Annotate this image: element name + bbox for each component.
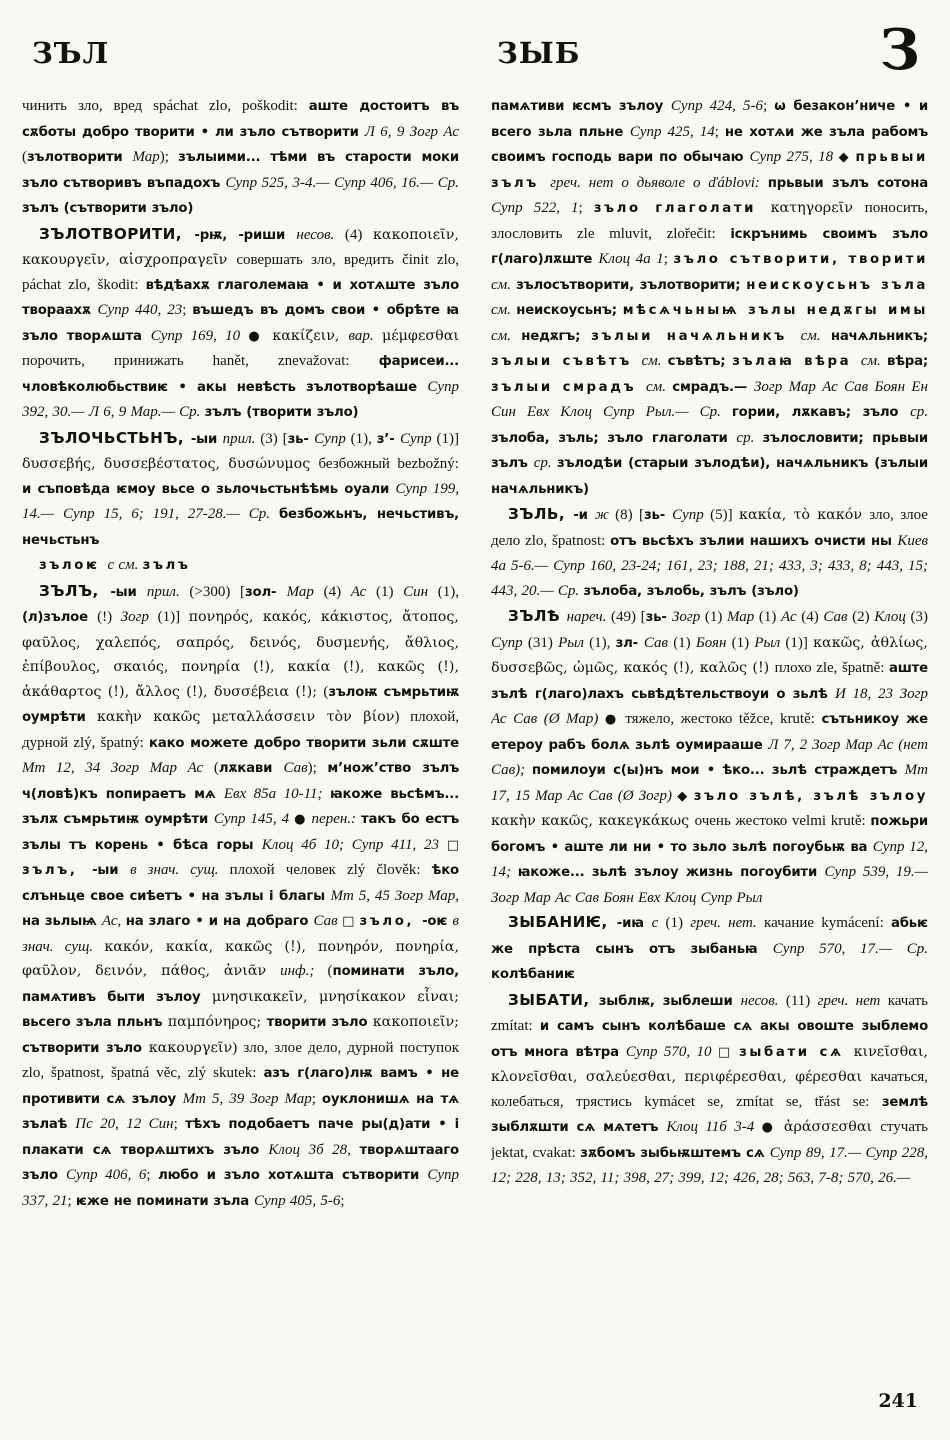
text-run: Ас (351, 584, 376, 600)
text-run: Сав (313, 913, 342, 929)
text-run: Зогр (672, 609, 705, 625)
text-run: Л 6, 9 Зогр Ас (365, 124, 459, 140)
text-run: (1), (589, 635, 615, 651)
text-run: ѥже не поминати зъла (76, 1194, 254, 1209)
text-run: (1) (376, 584, 403, 600)
text-run: Рыл (558, 635, 589, 651)
page-header: ЗЪЛ ЗЫБ З (0, 28, 950, 88)
text-run: памѧтиви ѥсмъ зълоу (491, 99, 671, 114)
text-run: , (117, 913, 125, 929)
text-run: -ыи (191, 432, 223, 447)
text-run: вьсего зъла пльнъ (22, 1015, 168, 1030)
text-run: прил. (223, 431, 261, 447)
text-run: Евх 85а 10-11; (224, 786, 330, 802)
text-run: плохой человек zlý člověk: (230, 862, 432, 878)
dictionary-paragraph: ЗЪЛОЧЬСТЬНЪ, -ыи прил. (3) [зь- Супр (1)… (22, 426, 459, 554)
text-run: с (652, 915, 666, 931)
text-run: ; (340, 1193, 344, 1209)
text-run: Зогр (121, 609, 158, 625)
text-run: Супр 405, 5-6 (254, 1193, 340, 1209)
text-run: зъло сътворити, творити (674, 252, 928, 267)
text-run: Клоц 4б 10; Супр 411, 23 (262, 837, 447, 853)
text-run: κακὴν κακῶς, κακεγκάκως (491, 813, 695, 829)
text-run: см. (646, 379, 672, 395)
text-run: (5)] (710, 507, 739, 523)
left-column: чинить зло, вред spáchat zlo, poškodit: … (22, 94, 459, 1394)
dictionary-paragraph: ЗЪЛѢ нареч. (49) [зь- Зогр (1) Мар (1) А… (491, 604, 928, 910)
text-run: Рыл (754, 635, 785, 651)
text-run: □ (447, 838, 459, 853)
text-run: (3) (911, 609, 929, 625)
text-run: κακίζειν, (272, 328, 348, 344)
text-run: (1)] (158, 609, 189, 625)
text-run: гории, лѫкавъ; зъло (732, 405, 910, 420)
text-run: зълодѣи (старыи зълодѣи), начѧльникъ (зъ… (491, 456, 928, 497)
text-run: Клоц 11б 3-4 (666, 1119, 761, 1135)
text-run: Сав (823, 609, 852, 625)
text-run: Супр 425, 14 (630, 124, 715, 140)
text-run: Супр (400, 431, 437, 447)
text-run: Супр (672, 507, 710, 523)
text-run: несов. (296, 227, 345, 243)
dictionary-paragraph: ЗЪЛОТВОРИТИ, -рѭ, -риши несов. (4) κακοπ… (22, 222, 459, 426)
text-run: неискоусьнъ; (516, 303, 623, 318)
text-run: см. (491, 328, 521, 344)
text-run: с см. (107, 557, 142, 573)
text-run: см. (801, 328, 831, 344)
text-run: зѫбомъ зыбьѭштемъ сѧ (580, 1146, 769, 1161)
text-run: ; (146, 1167, 158, 1183)
text-run: ЗЪЛѢ (508, 607, 567, 625)
text-run: Супр 440, 23 (97, 302, 182, 318)
text-run: зълоѥ (39, 558, 107, 573)
text-run: κακὴν κακῶς μεταλλάσσειν τὸν βίον (97, 709, 395, 725)
text-run: вѣра; (887, 354, 928, 369)
text-run: (!) (97, 609, 121, 625)
text-run: Клоц 3б 28 (268, 1142, 347, 1158)
text-run: зълоба, зълобь, зълъ (зъло) (583, 584, 798, 599)
text-run: ; (68, 1193, 76, 1209)
text-run: Супр (314, 431, 351, 447)
text-run: творити зъло (267, 1015, 373, 1030)
text-run: отъ вьсѣхъ зълии нашихъ очисти ны (610, 534, 897, 549)
text-run: ● (605, 712, 625, 727)
text-run: ; (664, 251, 674, 267)
text-run: Мар (132, 149, 159, 165)
section-letter: З (880, 22, 920, 78)
text-run: Супр 406, 6 (66, 1167, 146, 1183)
right-column: памѧтиви ѥсмъ зълоу Супр 424, 5-6; ѡ без… (491, 94, 928, 1394)
text-run: Супр (491, 635, 528, 651)
text-run: κατηγορεῖν (771, 200, 865, 216)
text-run: Пс 20, 12 Син (75, 1116, 173, 1132)
text-run: прил. (147, 584, 189, 600)
text-run: Мар (287, 584, 324, 600)
text-run: Ас (781, 609, 801, 625)
dictionary-paragraph: ЗЪЛЪ, -ыи прил. (>300) [зол- Мар (4) Ас … (22, 579, 459, 1215)
text-run: зълъ (143, 558, 191, 573)
text-run: греч. нет (818, 993, 888, 1009)
text-run: Мт 5, 39 Зогр Мар (183, 1091, 312, 1107)
text-run: перен.: (312, 811, 361, 827)
text-run: греч. нет. (690, 915, 764, 931)
page-number: 241 (878, 1390, 918, 1412)
text-run: ЗЪЛЬ, (508, 505, 573, 523)
text-run: -иꙗ (617, 916, 652, 931)
text-run: ; (174, 1116, 186, 1132)
text-run: (1)] (436, 431, 459, 447)
dictionary-paragraph: ЗЫБАНИѤ, -иꙗ с (1) греч. нет. качание ky… (491, 910, 928, 988)
text-run: Л 7, 2 Зогр Мар Ас (768, 737, 898, 753)
text-run: сътворити зъло (22, 1041, 149, 1056)
dictionary-paragraph: зълоѥ с см. зълъ (22, 553, 459, 579)
text-run: Мар (727, 609, 759, 625)
text-run: □ (718, 1045, 739, 1060)
text-run: мѣсѧчьныѩ зълы недѫгы имы (623, 303, 928, 318)
text-run: -и (573, 508, 594, 523)
text-run: греч. нет о дьяволе o ďáblovi: (550, 175, 768, 191)
text-run: ЗЫБАТИ, (508, 991, 599, 1009)
text-run: (Ø Зогр) (618, 788, 678, 804)
text-run: зълотворити (27, 150, 132, 165)
text-run: (2) (852, 609, 874, 625)
text-run: (3) [ (260, 431, 287, 447)
text-run: μέμφεσθαι (382, 328, 459, 344)
text-run: -оѥ (422, 914, 452, 929)
text-run: κακοποιεῖν; (373, 1014, 459, 1030)
text-run: начѧльникъ; (831, 329, 928, 344)
text-run: Мт 12, 34 Зогр Мар Ас (22, 760, 214, 776)
text-run: (4) (801, 609, 823, 625)
text-run: ж (595, 507, 615, 523)
running-head-center: ЗЫБ (497, 36, 581, 70)
text-run: ● (762, 1120, 784, 1135)
text-run: см. (861, 353, 887, 369)
text-run: ; (578, 200, 593, 216)
text-run: ЗЪЛОТВОРИТИ, (39, 225, 194, 243)
dictionary-paragraph: ЗЫБАТИ, зыблѭ, зыблеши несов. (11) греч.… (491, 988, 928, 1191)
text-run: зь- (288, 432, 315, 447)
text-run: неискоусьнъ зъла (746, 278, 928, 293)
text-run: зълосътворити, зълотворити; (516, 278, 746, 293)
text-run: плохо zle, špatně: (775, 660, 889, 676)
text-run: , (455, 888, 459, 904)
text-run: (1), (351, 431, 377, 447)
text-run: зь- (644, 508, 672, 523)
text-run: (1), (438, 584, 459, 600)
text-run: Мт 5, 45 Зогр Мар (331, 888, 456, 904)
text-run: Син (403, 584, 438, 600)
text-run: ; (182, 302, 192, 318)
dictionary-page: ЗЪЛ ЗЫБ З чинить зло, вред spáchat zlo, … (0, 0, 950, 1440)
text-run: см. (491, 302, 516, 318)
running-head-left: ЗЪЛ (32, 36, 109, 70)
text-run: зълъ (творити зъло) (205, 405, 359, 420)
text-run: зыблѭ, зыблеши (599, 994, 741, 1009)
text-run: порочить, принижать hanět, znevažovat: (22, 353, 379, 369)
text-run: Супр 275, 18 (749, 149, 838, 165)
dictionary-paragraph: чинить зло, вред spáchat zlo, poškodit: … (22, 94, 459, 222)
text-run: κακία, τὸ κακόν (739, 507, 869, 523)
text-run: (1) (666, 915, 691, 931)
text-run: ● (248, 329, 272, 344)
text-run: ср. (910, 404, 928, 420)
text-run: вар. (349, 328, 382, 344)
text-run: □ (342, 914, 359, 929)
text-run: μνησικακεῖν, μνησίκακον εἶναι; (212, 989, 459, 1005)
text-run: (1)] (785, 635, 813, 651)
text-run: ◆ (677, 789, 694, 804)
text-run: зълъ (сътворити зъло) (22, 201, 193, 216)
text-run: прьвыи зълъ сотона (768, 176, 928, 191)
text-run: ЗЫБАНИѤ, (508, 913, 617, 931)
text-run: δυσσεβής, δυσσεβέστατος, δυσώνυμος (22, 456, 318, 472)
text-run: з’- (377, 432, 400, 447)
text-run: Супр 424, 5-6 (671, 98, 763, 114)
text-run: ЗЪЛОЧЬСТЬНЪ, (39, 429, 191, 447)
text-run: ; (715, 124, 725, 140)
text-run: чинить зло, вред spáchat zlo, poškodit: (22, 98, 309, 114)
text-run: см. (491, 277, 516, 293)
text-run: Супр 525, 3-4.— Супр 406, 16.— Ср. (225, 175, 459, 191)
text-run: на зьлыѩ (22, 914, 102, 929)
text-run: лѫкави (219, 761, 284, 776)
text-run: Сав (284, 760, 308, 776)
text-run: ● (294, 812, 311, 827)
text-run: зъло зълѣ, зълѣ зълоу (694, 789, 928, 804)
text-run: Ас (102, 913, 118, 929)
text-run: колѣбаниѥ (491, 967, 575, 982)
text-run: ; (312, 1091, 322, 1107)
text-run: съвѣтъ; (668, 354, 733, 369)
text-run: παμπόνηρος; (168, 1014, 267, 1030)
text-run: (1) (705, 609, 727, 625)
text-run: зъло, (359, 914, 422, 929)
text-run: (л)зълое (22, 610, 97, 625)
text-run: инф.; (280, 963, 327, 979)
text-run: Супр 570, 17.— Ср. (773, 941, 928, 957)
text-run: зълаꙗ вѣра (732, 354, 861, 369)
text-run: несов. (741, 993, 786, 1009)
text-run: зъло глаголати (594, 201, 771, 216)
text-run: (8) [ (615, 507, 644, 523)
text-run: ); (160, 149, 178, 165)
text-run: κακουργεῖν (149, 1040, 232, 1056)
text-run: (1) (759, 609, 781, 625)
text-run: (31) (528, 635, 558, 651)
text-run: очень жестоко velmi krutě: (695, 813, 871, 829)
text-run: ἀράσσεσθαι (784, 1119, 880, 1135)
text-run: (4) (345, 227, 373, 243)
text-run: ꙗкоже... зьлѣ зълоу жизнь погоубити (518, 865, 825, 880)
text-run: зыбати сѧ (739, 1045, 853, 1060)
text-run: Супр 145, 4 (214, 811, 294, 827)
text-run: -ыи (92, 863, 130, 878)
text-run: зълыи смрадъ (491, 380, 646, 395)
text-run: ср. (736, 430, 762, 446)
text-run: -ыи (110, 585, 147, 600)
dictionary-paragraph: памѧтиви ѥсмъ зълоу Супр 424, 5-6; ѡ без… (491, 94, 928, 502)
text-run: и съповѣда ѥмоу вьсе о зьлочьстьнѣѣмь оу… (22, 482, 395, 497)
text-run: помилоуи с(ы)нъ мои • ѣко... зьлѣ стражд… (532, 763, 905, 778)
dictionary-paragraph: ЗЪЛЬ, -и ж (8) [зь- Супр (5)] κακία, τὸ … (491, 502, 928, 604)
text-run: зълыи съвѣтъ (491, 354, 642, 369)
text-run: зълоба, зъль; зъло глаголати (491, 431, 736, 446)
text-run: Супр 169, 10 (151, 328, 249, 344)
text-run: Супр 522, 1 (491, 200, 578, 216)
text-run: (>300) [ (189, 584, 245, 600)
text-run: зол- (245, 585, 287, 600)
text-run: нареч. (567, 609, 611, 625)
text-run: ср. (534, 455, 557, 471)
text-run: како можете добро творити зьли сѫште (149, 736, 459, 751)
text-run: тяжело, жестоко těžce, krutě: (625, 711, 821, 727)
text-run: (11) (786, 993, 818, 1009)
text-run: , (347, 1142, 359, 1158)
text-run: (1) (732, 635, 755, 651)
text-run: Боян (696, 635, 732, 651)
text-run: на злаго • и на добраго (126, 914, 314, 929)
text-run: качание kymácení: (764, 915, 891, 931)
text-run: (4) (324, 584, 351, 600)
text-run: любо и зъло хотѧшта сътворити (158, 1168, 427, 1183)
text-run: Клоц 4а 1 (598, 251, 663, 267)
text-run: смрадъ.— (672, 380, 754, 395)
text-run: (Ø Мар) (544, 711, 605, 727)
text-run: см. (642, 353, 668, 369)
text-run: недѫгъ; (521, 329, 591, 344)
text-run: ◆ (839, 150, 856, 165)
text-run: (1) (673, 635, 696, 651)
text-run: ; (763, 98, 774, 114)
text-run: Супр 570, 10 (626, 1044, 718, 1060)
text-run: в знач. сущ. (130, 862, 230, 878)
text-run: Сав (644, 635, 673, 651)
text-run: безбожный bezbožný: (318, 456, 459, 472)
text-run: ЗЪЛЪ, (39, 582, 110, 600)
text-run: зълыи начѧльникъ (591, 329, 800, 344)
text-run: зь- (646, 610, 672, 625)
text-run: ); (308, 760, 328, 776)
text-run: -рѭ, -риши (194, 228, 296, 243)
text-run: (49) [ (611, 609, 646, 625)
text-run: Клоц (874, 609, 910, 625)
text-run: зълъ, (22, 863, 92, 878)
dictionary-body: чинить зло, вред spáchat zlo, poškodit: … (22, 94, 928, 1394)
text-run: зл- (616, 636, 644, 651)
